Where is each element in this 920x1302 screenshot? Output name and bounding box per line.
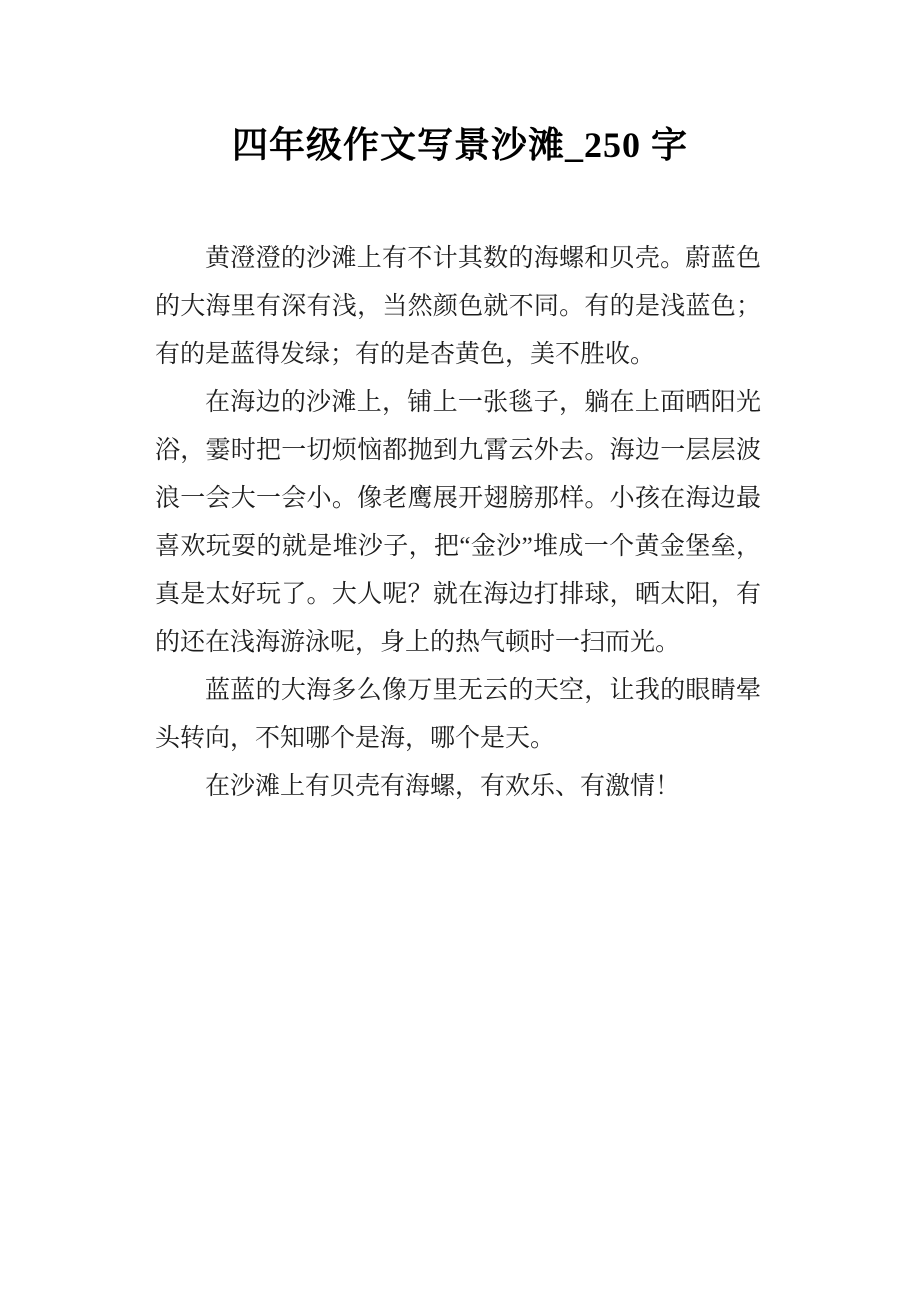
paragraph-2: 在海边的沙滩上，铺上一张毯子，躺在上面晒阳光浴，霎时把一切烦恼都抛到九霄云外去。… bbox=[155, 379, 761, 667]
paragraph-3: 蓝蓝的大海多么像万里无云的天空，让我的眼睛晕头转向，不知哪个是海，哪个是天。 bbox=[155, 667, 761, 763]
document-page: 四年级作文写景沙滩_250 字 黄澄澄的沙滩上有不计其数的海螺和贝壳。蔚蓝色的大… bbox=[0, 0, 920, 1302]
document-body: 黄澄澄的沙滩上有不计其数的海螺和贝壳。蔚蓝色的大海里有深有浅，当然颜色就不同。有… bbox=[155, 235, 761, 811]
document-title: 四年级作文写景沙滩_250 字 bbox=[0, 0, 920, 172]
paragraph-4: 在沙滩上有贝壳有海螺，有欢乐、有激情！ bbox=[155, 763, 761, 811]
paragraph-1: 黄澄澄的沙滩上有不计其数的海螺和贝壳。蔚蓝色的大海里有深有浅，当然颜色就不同。有… bbox=[155, 235, 761, 379]
